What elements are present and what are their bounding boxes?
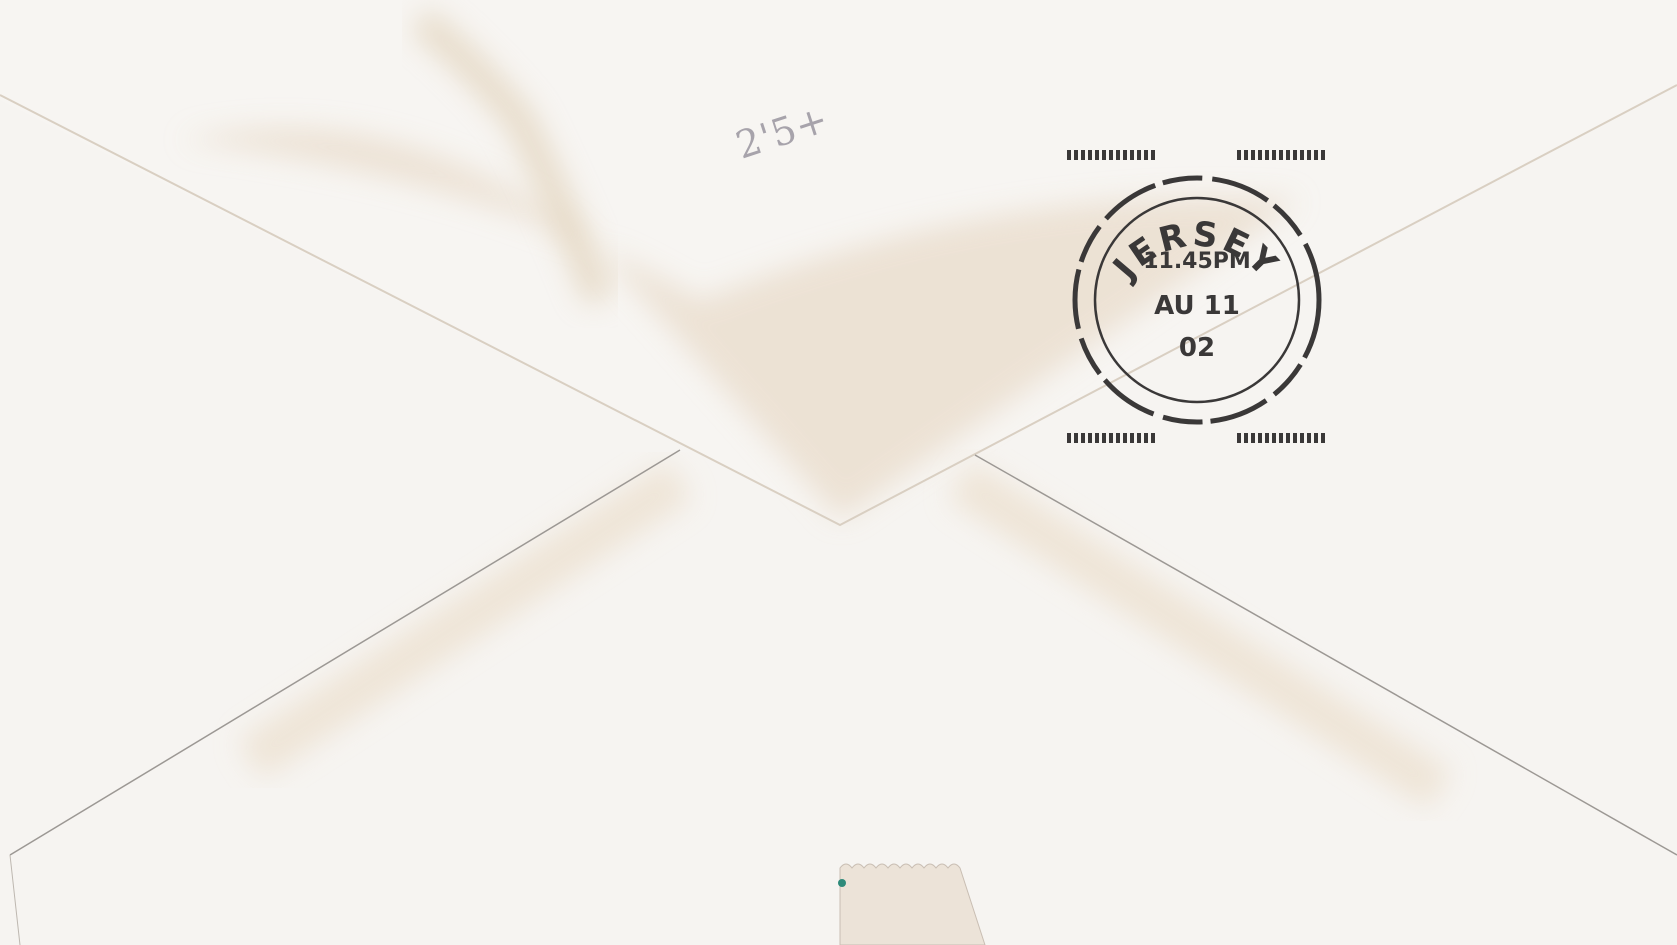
postmark-date: AU 11 [1154,291,1240,321]
stamp-remnant [838,864,985,945]
postmark-time: 11.45PM [1143,249,1251,274]
envelope-flaps: JERSEY 11.45PM AU 11 02 [0,0,1677,945]
envelope-back: JERSEY 11.45PM AU 11 02 2'5+ [0,0,1677,945]
postmark-year: 02 [1179,333,1215,363]
